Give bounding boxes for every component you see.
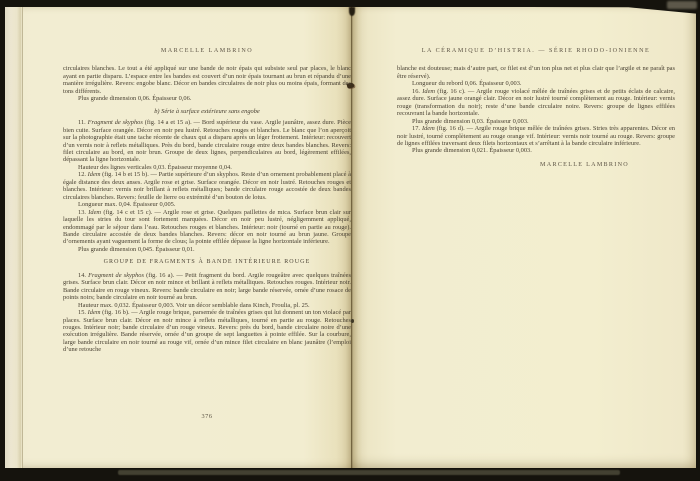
- catalog-entry-12: 12. Idem (fig. 14 b et 15 b). — Partie s…: [63, 171, 351, 201]
- dimension-note: Longueur max. 0,04. Épaisseur 0,005.: [63, 201, 351, 208]
- page-edge-stack: [5, 7, 23, 468]
- entry-number: 17.: [412, 125, 422, 132]
- book-spread-photo: MARCELLE LAMBRINO circulaires blanches. …: [0, 0, 700, 481]
- binding-notch: [349, 7, 355, 16]
- entry-figure-ref: (fig. 14 c et 15 c). —: [101, 209, 163, 216]
- entry-number: 15.: [78, 309, 88, 316]
- entry-figure-ref: (fig. 16 c). —: [435, 88, 476, 95]
- entry-title: Idem: [422, 125, 435, 132]
- running-header-left: MARCELLE LAMBRINO: [63, 48, 351, 55]
- dimension-note: Hauteur des lignes verticales 0,03. Épai…: [63, 164, 351, 171]
- left-page-text-block: MARCELLE LAMBRINO circulaires blanches. …: [63, 48, 351, 354]
- catalog-entry-13: 13. Idem (fig. 14 c et 15 c). — Argile r…: [63, 209, 351, 246]
- dimension-note: Plus grande dimension 0,021. Épaisseur 0…: [397, 147, 675, 154]
- entry-title: Fragment de skyphos: [88, 272, 144, 279]
- entry-body: Argile rouge brique, parsemée de traînée…: [63, 309, 351, 353]
- catalog-entry-14: 14. Fragment de skyphos (fig. 16 a). — P…: [63, 272, 351, 302]
- right-page-text-block: LA CÉRAMIQUE D’HISTRIA. — SÉRIE RHODO-IO…: [397, 48, 675, 169]
- page-number: 376: [63, 413, 351, 420]
- author-signature: MARCELLE LAMBRINO: [397, 162, 675, 169]
- running-header-right: LA CÉRAMIQUE D’HISTRIA. — SÉRIE RHODO-IO…: [397, 48, 675, 55]
- catalog-entry-16: 16. Idem (fig. 16 c). — Argile rouge vio…: [397, 88, 675, 118]
- binding-thread-speck: [351, 319, 354, 323]
- top-right-smudge: [667, 1, 697, 9]
- section-heading-series: b) Série à surface extérieure sans engob…: [63, 108, 351, 115]
- dimension-note: Plus grande dimension 0,03. Épaisseur 0,…: [397, 118, 675, 125]
- entry-figure-ref: (fig. 16 d). —: [435, 125, 475, 132]
- catalog-entry-11: 11. Fragment de skyphos (fig. 14 a et 15…: [63, 119, 351, 164]
- section-heading-group: GROUPE DE FRAGMENTS À BANDE INTÉRIEURE R…: [63, 259, 351, 266]
- entry-title: Idem: [422, 88, 435, 95]
- catalog-entry-17: 17. Idem (fig. 16 d). — Argile rouge bri…: [397, 125, 675, 147]
- entry-title: Idem: [88, 209, 101, 216]
- catalog-entry-15: 15. Idem (fig. 16 b). — Argile rouge bri…: [63, 309, 351, 354]
- entry-figure-ref: (fig. 16 a). —: [144, 272, 185, 279]
- entry-number: 13.: [78, 209, 88, 216]
- book-board-edge: [118, 470, 620, 475]
- entry-figure-ref: (fig. 16 b). —: [100, 309, 139, 316]
- paragraph-continuation: blanche est douteuse; mais d’autre part,…: [397, 65, 675, 80]
- dimension-note: Hauteur max. 0,032. Épaisseur 0,003. Voi…: [63, 302, 351, 309]
- entry-number: 12.: [78, 171, 88, 178]
- entry-title: Fragment de skyphos: [88, 119, 143, 126]
- entry-number: 16.: [412, 88, 422, 95]
- entry-title: Idem: [88, 171, 101, 178]
- entry-figure-ref: (fig. 14 a et 15 a). —: [143, 119, 202, 126]
- paragraph-continuation: circulaires blanches. Le tout a été appl…: [63, 65, 351, 95]
- entry-figure-ref: (fig. 14 b et 15 b). —: [100, 171, 158, 178]
- dimension-note: Plus grande dimension 0,06. Épaisseur 0,…: [63, 95, 351, 102]
- entry-body: Bord supérieur du vase. Argile jaunâtre,…: [63, 119, 351, 163]
- entry-number: 11.: [78, 119, 88, 126]
- dimension-note: Plus grande dimension 0,045. Épaisseur 0…: [63, 246, 351, 253]
- dimension-note: Longueur du rebord 0,06. Épaisseur 0,003…: [397, 80, 675, 87]
- entry-number: 14.: [78, 272, 88, 279]
- entry-title: Idem: [88, 309, 101, 316]
